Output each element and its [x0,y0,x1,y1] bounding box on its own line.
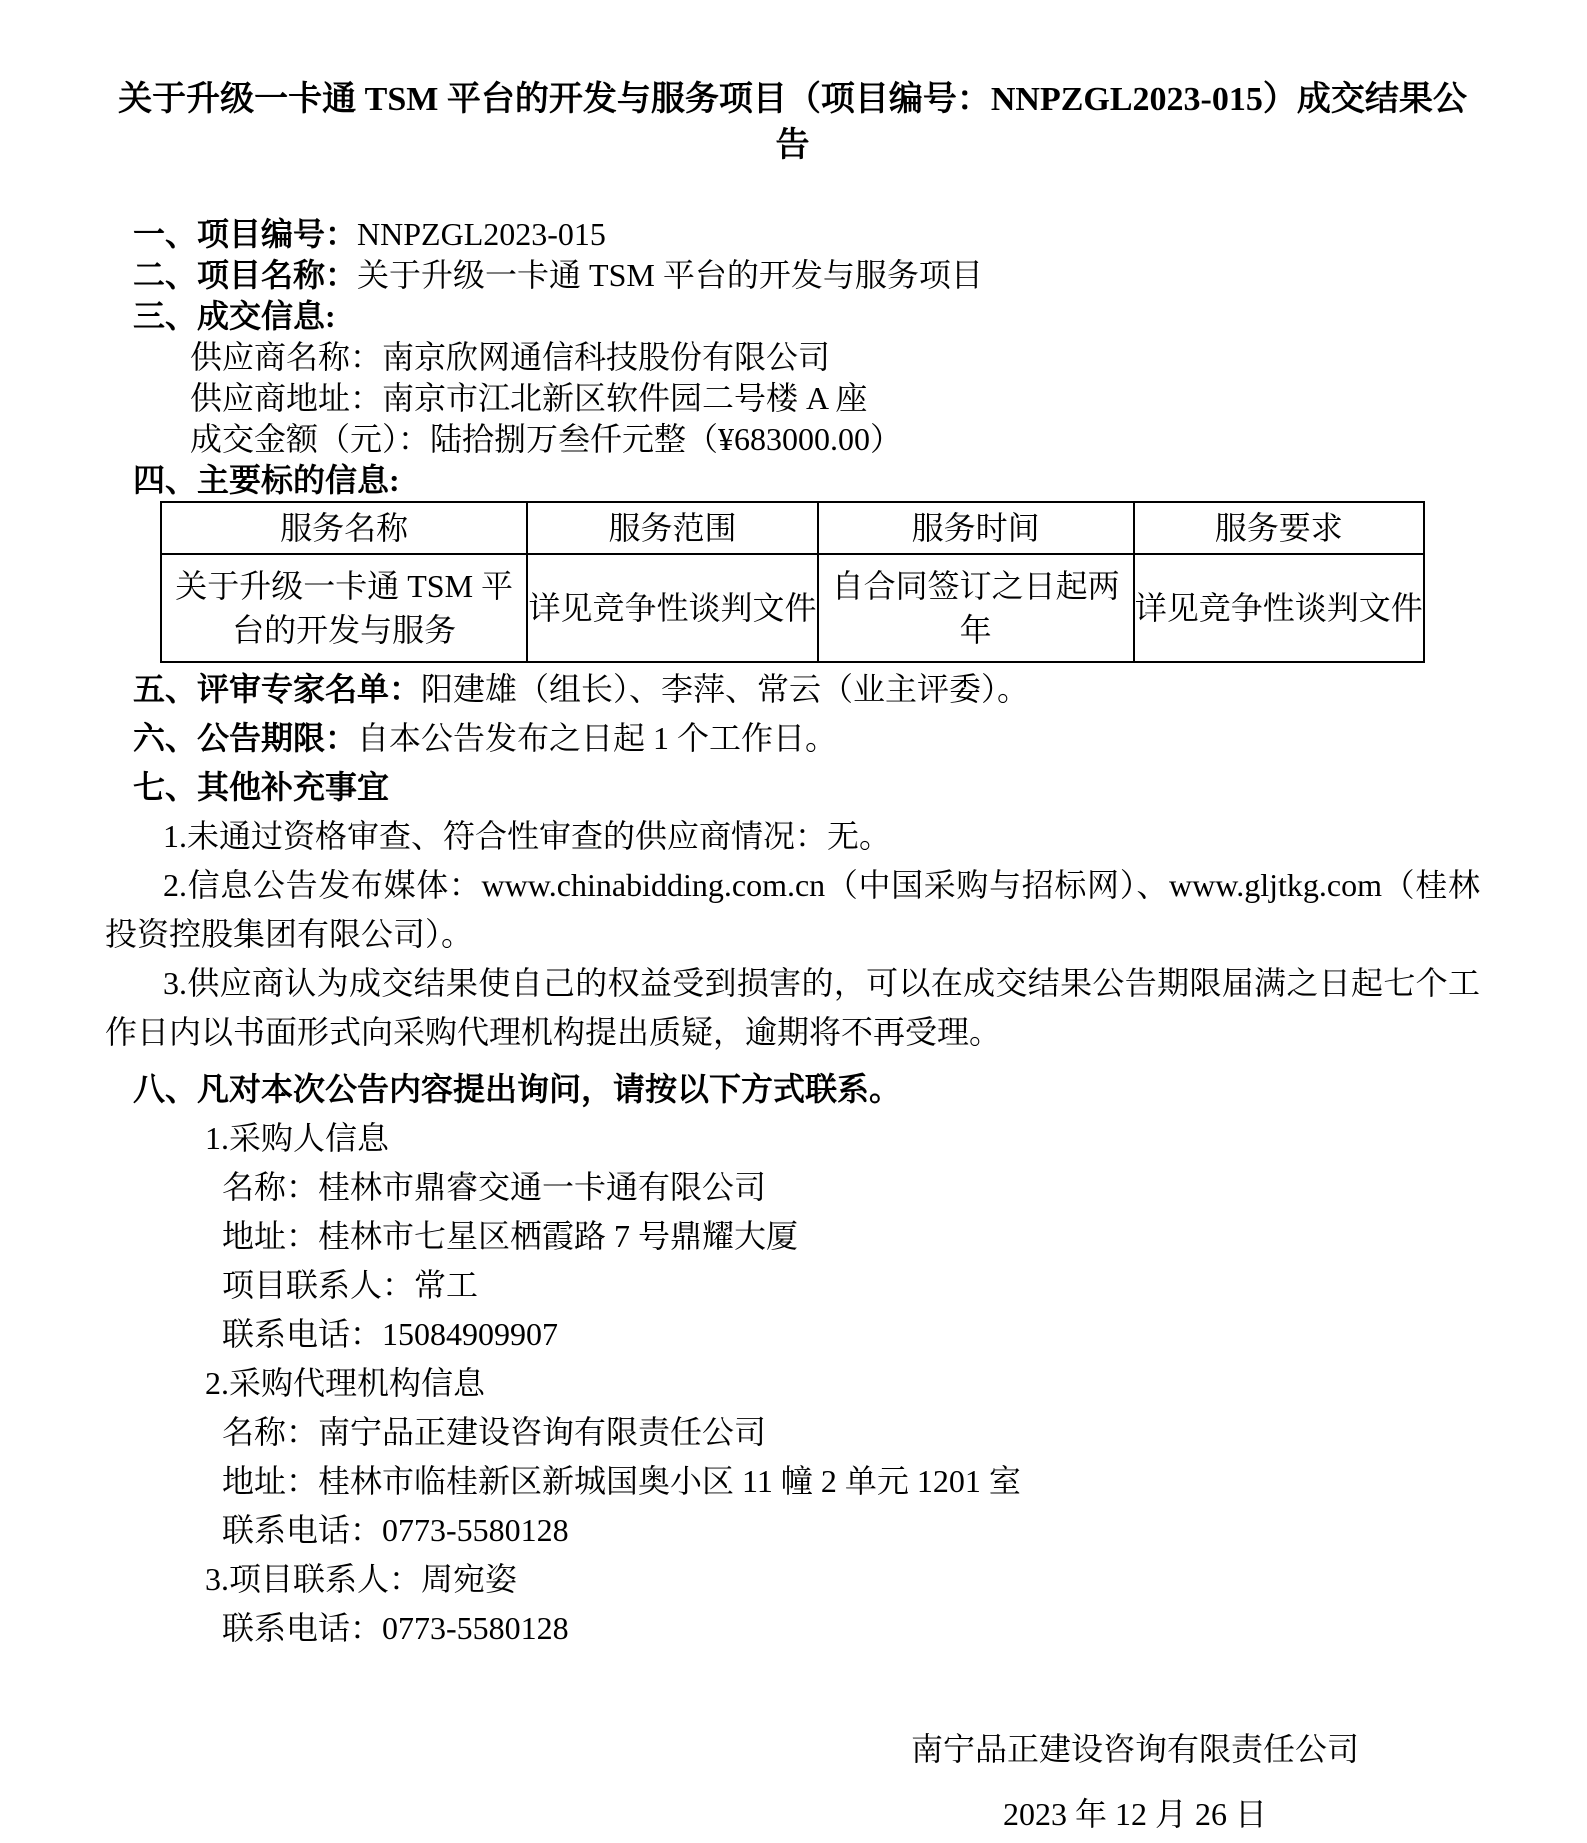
agency-phone-line: 联系电话：0773-5580128 [222,1506,1480,1555]
table-header-service-scope: 服务范围 [527,502,817,554]
section-6-announcement-period: 六、公告期限：自本公告发布之日起 1 个工作日。 [133,714,1480,763]
subject-matter-table: 服务名称 服务范围 服务时间 服务要求 关于升级一卡通 TSM 平台的开发与服务… [160,501,1425,663]
table-cell-service-scope: 详见竞争性谈判文件 [527,554,817,662]
table-header-service-time: 服务时间 [818,502,1134,554]
section-5-experts: 五、评审专家名单：阳建雄（组长）、李萍、常云（业主评委）。 [133,665,1480,714]
purchaser-info-heading: 1.采购人信息 [205,1114,1480,1163]
document-page: 关于升级一卡通 TSM 平台的开发与服务项目（项目编号：NNPZGL2023-0… [0,0,1587,1843]
section-3-label: 三、成交信息: [133,298,336,334]
table-row: 关于升级一卡通 TSM 平台的开发与服务 详见竞争性谈判文件 自合同签订之日起两… [161,554,1424,662]
section-4-label: 四、主要标的信息: [133,462,400,498]
table-cell-service-name: 关于升级一卡通 TSM 平台的开发与服务 [161,554,527,662]
section-5-label: 五、评审专家名单： [133,671,421,707]
signature-company: 南宁品正建设咨询有限责任公司 [830,1725,1440,1774]
page-title: 关于升级一卡通 TSM 平台的开发与服务项目（项目编号：NNPZGL2023-0… [105,77,1480,169]
table-header-service-name: 服务名称 [161,502,527,554]
agency-info-heading: 2.采购代理机构信息 [205,1359,1480,1408]
section-2-value: 关于升级一卡通 TSM 平台的开发与服务项目 [357,257,983,293]
project-contact-heading: 3.项目联系人：周宛姿 [205,1555,1480,1604]
purchaser-phone-line: 联系电话：15084909907 [222,1310,1480,1359]
section-1-value: NNPZGL2023-015 [357,216,606,252]
project-contact-phone-line: 联系电话：0773-5580128 [222,1604,1480,1653]
section-8-heading: 八、凡对本次公告内容提出询问，请按以下方式联系。 [133,1065,1480,1114]
section-7-label: 七、其他补充事宜 [133,769,389,805]
supplier-address-line: 供应商地址：南京市江北新区软件园二号楼 A 座 [190,378,1480,419]
agency-name-line: 名称：南宁品正建设咨询有限责任公司 [222,1408,1480,1457]
signature-block: 南宁品正建设咨询有限责任公司 2023 年 12 月 26 日 [830,1725,1440,1839]
award-amount-line: 成交金额（元）：陆拾捌万叁仟元整（¥683000.00） [190,419,1480,460]
section-7-heading: 七、其他补充事宜 [133,763,1480,812]
purchaser-name-line: 名称：桂林市鼎睿交通一卡通有限公司 [222,1163,1480,1212]
agency-address-line: 地址：桂林市临桂新区新城国奥小区 11 幢 2 单元 1201 室 [222,1457,1480,1506]
section-2-label: 二、项目名称： [133,257,357,293]
section-3-heading: 三、成交信息: [133,296,1480,337]
section-6-label: 六、公告期限： [133,720,357,756]
table-header-service-requirement: 服务要求 [1134,502,1425,554]
section-4-heading: 四、主要标的信息: [133,460,1480,501]
section-1-project-number: 一、项目编号：NNPZGL2023-015 [133,214,1480,255]
table-header-row: 服务名称 服务范围 服务时间 服务要求 [161,502,1424,554]
signature-date: 2023 年 12 月 26 日 [830,1790,1440,1839]
supplier-name-line: 供应商名称：南京欣网通信科技股份有限公司 [190,337,1480,378]
purchaser-contact-line: 项目联系人：常工 [222,1261,1480,1310]
section-7-item-1: 1.未通过资格审查、符合性审查的供应商情况：无。 [105,812,1480,861]
purchaser-address-line: 地址：桂林市七星区栖霞路 7 号鼎耀大厦 [222,1212,1480,1261]
table-cell-service-time: 自合同签订之日起两年 [818,554,1134,662]
section-5-value: 阳建雄（组长）、李萍、常云（业主评委）。 [421,671,1029,707]
section-2-project-name: 二、项目名称：关于升级一卡通 TSM 平台的开发与服务项目 [133,255,1480,296]
section-1-label: 一、项目编号： [133,216,357,252]
section-6-value: 自本公告发布之日起 1 个工作日。 [357,720,837,756]
section-7-item-2: 2.信息公告发布媒体：www.chinabidding.com.cn（中国采购与… [105,861,1480,959]
table-cell-service-requirement: 详见竞争性谈判文件 [1134,554,1425,662]
section-7-item-3: 3.供应商认为成交结果使自己的权益受到损害的，可以在成交结果公告期限届满之日起七… [105,959,1480,1057]
